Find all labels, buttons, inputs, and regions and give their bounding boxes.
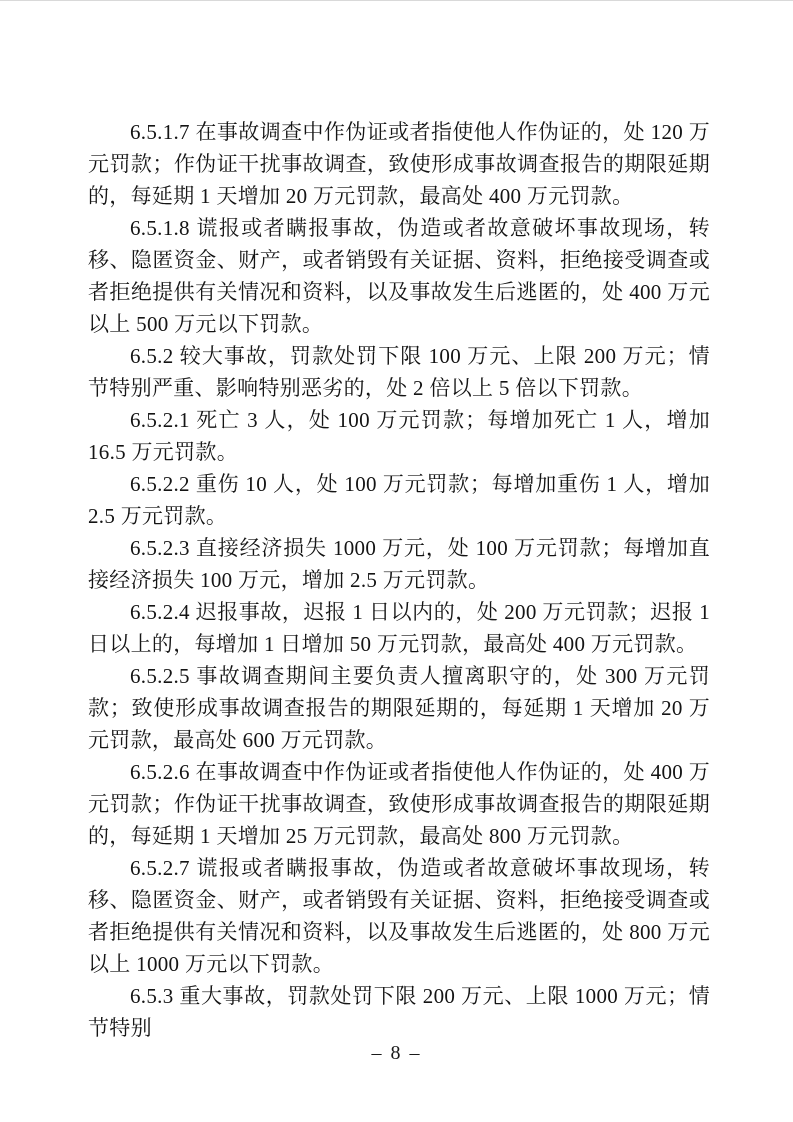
page-number: – 8 – — [0, 1038, 793, 1068]
paragraph-6-5-2-5: 6.5.2.5 事故调查期间主要负责人擅离职守的，处 300 万元罚款；致使形成… — [88, 660, 710, 756]
paragraph-6-5-2-4: 6.5.2.4 迟报事故，迟报 1 日以内的，处 200 万元罚款；迟报 1 日… — [88, 596, 710, 660]
paragraph-6-5-2-3: 6.5.2.3 直接经济损失 1000 万元，处 100 万元罚款；每增加直接经… — [88, 532, 710, 596]
paragraph-6-5-2-1: 6.5.2.1 死亡 3 人，处 100 万元罚款；每增加死亡 1 人，增加 1… — [88, 404, 710, 468]
paragraph-6-5-2-6: 6.5.2.6 在事故调查中作伪证或者指使他人作伪证的，处 400 万元罚款；作… — [88, 756, 710, 852]
paragraph-6-5-1-8: 6.5.1.8 谎报或者瞒报事故，伪造或者故意破坏事故现场，转移、隐匿资金、财产… — [88, 212, 710, 340]
scan-edge-line — [0, 0, 793, 1]
paragraph-6-5-1-7: 6.5.1.7 在事故调查中作伪证或者指使他人作伪证的，处 120 万元罚款；作… — [88, 116, 710, 212]
paragraph-6-5-2-2: 6.5.2.2 重伤 10 人，处 100 万元罚款；每增加重伤 1 人，增加 … — [88, 468, 710, 532]
document-body: 6.5.1.7 在事故调查中作伪证或者指使他人作伪证的，处 120 万元罚款；作… — [88, 116, 710, 1044]
paragraph-6-5-3: 6.5.3 重大事故，罚款处罚下限 200 万元、上限 1000 万元；情节特别 — [88, 980, 710, 1044]
paragraph-6-5-2-7: 6.5.2.7 谎报或者瞒报事故，伪造或者故意破坏事故现场，转移、隐匿资金、财产… — [88, 852, 710, 980]
paragraph-6-5-2: 6.5.2 较大事故，罚款处罚下限 100 万元、上限 200 万元；情节特别严… — [88, 340, 710, 404]
document-page: 6.5.1.7 在事故调查中作伪证或者指使他人作伪证的，处 120 万元罚款；作… — [0, 0, 793, 1122]
